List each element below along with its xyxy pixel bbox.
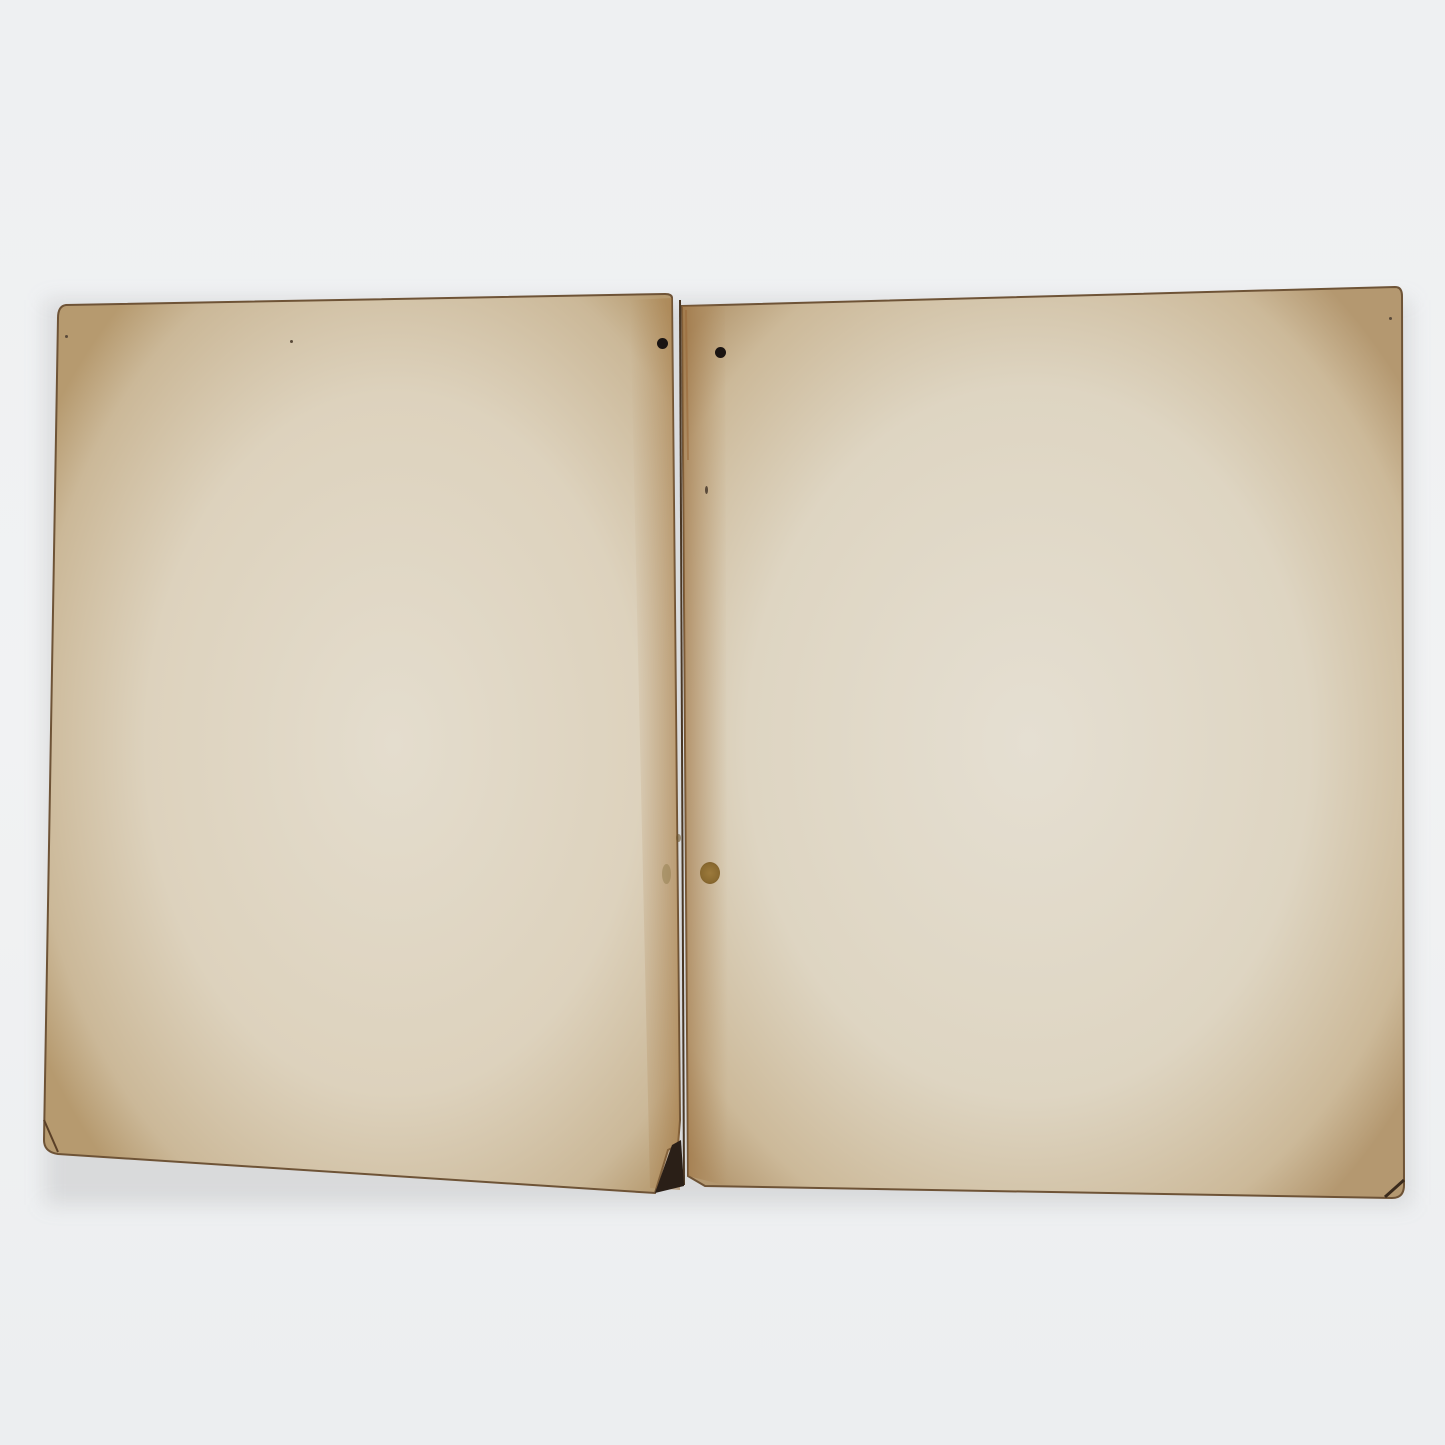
speck: [290, 340, 293, 343]
left-page: [44, 294, 680, 1193]
faint-stain: [676, 834, 681, 842]
faint-stain: [662, 864, 671, 884]
punch-hole-left: [657, 338, 668, 349]
punch-hole-right: [715, 347, 726, 358]
speck: [1389, 317, 1392, 320]
water-stain: [700, 862, 720, 884]
open-booklet: [0, 0, 1445, 1445]
photo-scene: [0, 0, 1445, 1445]
right-page: [682, 287, 1404, 1198]
speck: [65, 335, 68, 338]
speck: [705, 486, 708, 494]
